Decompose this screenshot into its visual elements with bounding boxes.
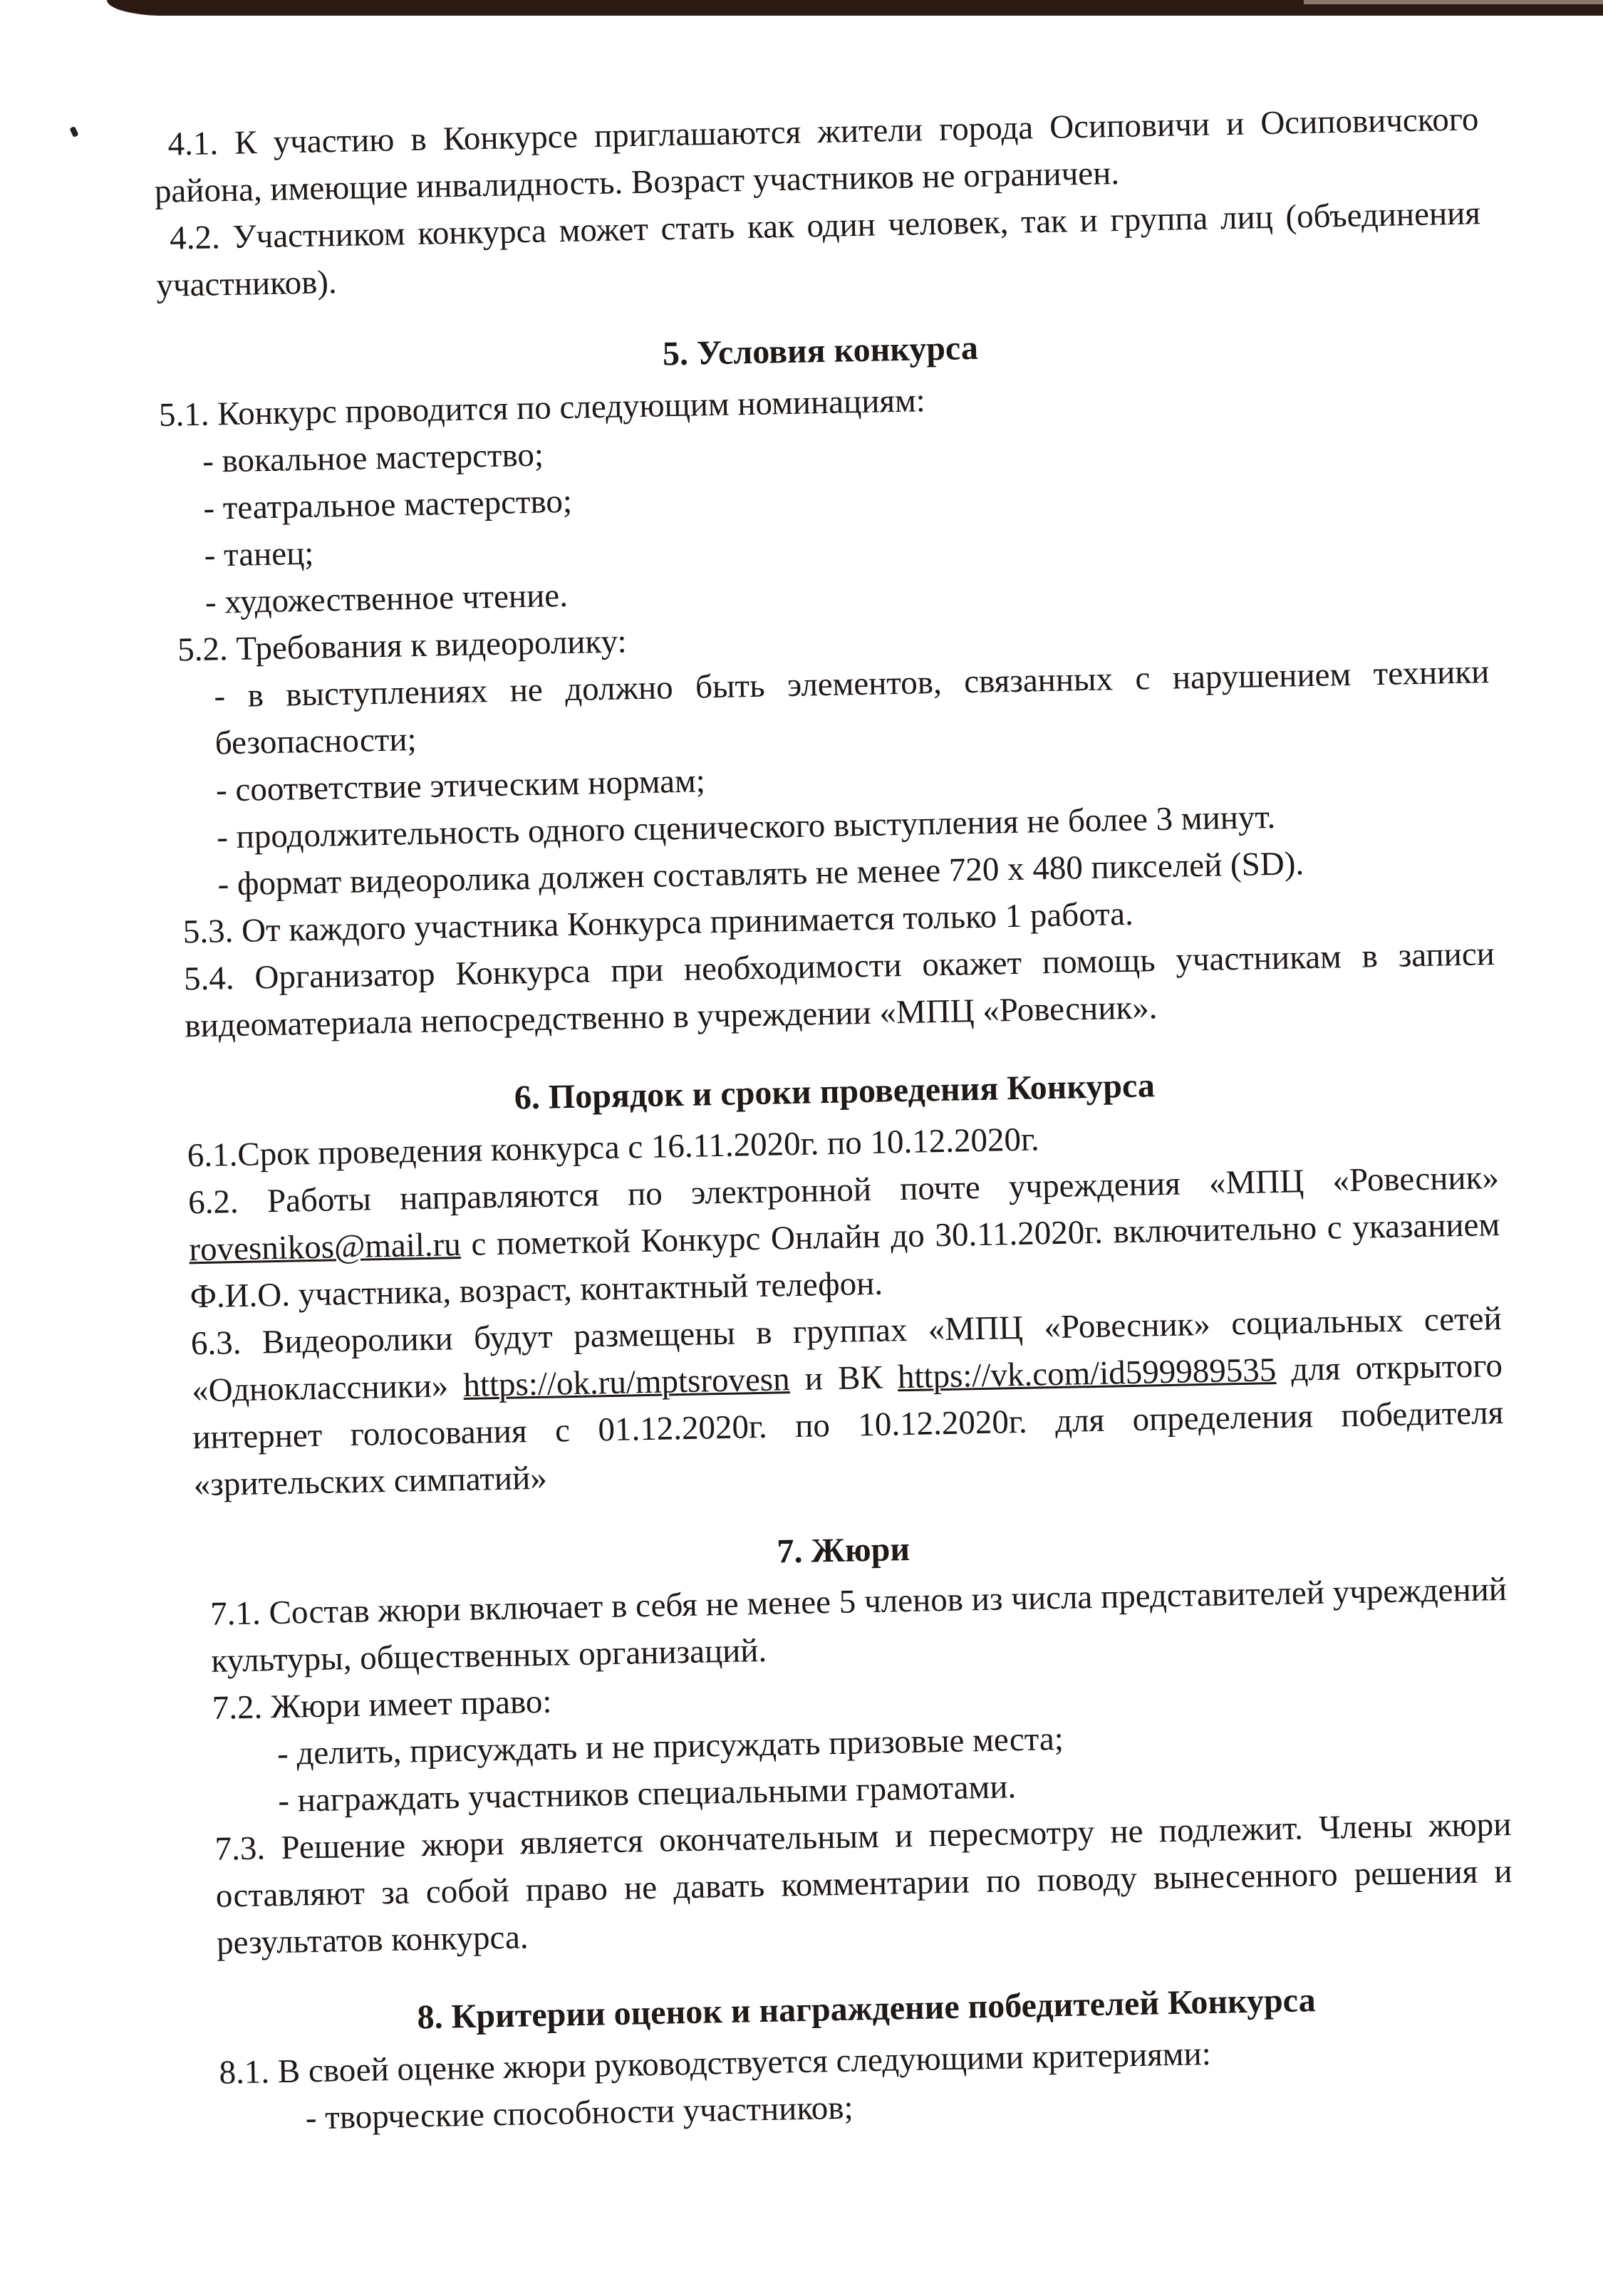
- scan-edge-shadow-right: [1304, 0, 1603, 4]
- ok-link[interactable]: https://ok.ru/mptsrovesn: [463, 1361, 790, 1404]
- email-link[interactable]: rovesnikos@mail.ru: [189, 1226, 461, 1268]
- vk-link[interactable]: https://vk.com/id599989535: [897, 1351, 1276, 1396]
- paragraph-6-2: 6.2. Работы направляются по электронной …: [174, 1154, 1501, 1321]
- paragraph-6-3-middle: и ВК: [789, 1359, 898, 1398]
- scan-ink-mark: [69, 126, 78, 137]
- paragraph-6-3: 6.3. Видеоролики будут размещены в групп…: [176, 1295, 1505, 1509]
- paragraph-7-3: 7.3. Решение жюри является окончательным…: [186, 1801, 1513, 1968]
- document-page: 4.1. К участию в Конкурсе приглашаются ж…: [153, 95, 1517, 2144]
